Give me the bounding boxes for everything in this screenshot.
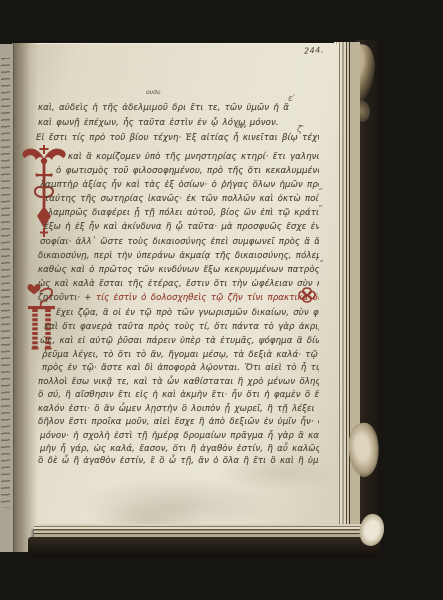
- margin-mark-epsilon: ε′: [288, 94, 295, 104]
- interlinear-correction: ουσυ: [146, 89, 160, 96]
- manuscript-page: [27, 43, 339, 529]
- manuscript-photograph: 244. ε′ ζ′ ,, ,, ,, ουσυ ουν: [0, 0, 443, 600]
- decorative-initial-flourish-icon: [20, 144, 68, 240]
- margin-quote-mark: ,,: [319, 199, 322, 208]
- margin-quote-mark: ,,: [319, 182, 322, 191]
- decorative-initial-pi-icon: [26, 281, 58, 353]
- interlinear-correction: ουν: [236, 123, 247, 130]
- bottom-cover-edge: [28, 537, 380, 557]
- knot-ornament-icon: [296, 286, 318, 304]
- facing-page-text-edge: [1, 58, 10, 508]
- margin-quote-mark: ,,: [320, 254, 323, 263]
- margin-mark-zeta: ζ′: [297, 125, 304, 135]
- folio-number: 244.: [304, 45, 324, 55]
